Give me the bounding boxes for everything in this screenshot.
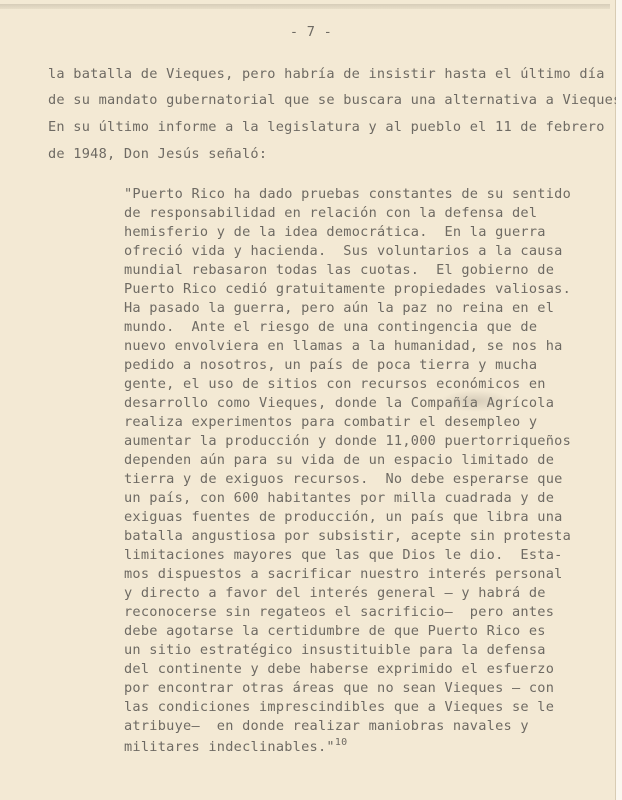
body-line: de su mandato gubernatorial que se busca… <box>48 92 622 108</box>
quote-line: un país, con 600 habitantes por milla cu… <box>124 490 554 506</box>
quote-line: un sitio estratégico insustituible para … <box>124 642 546 658</box>
quote-line: debe agotarse la certidumbre de que Puer… <box>124 623 546 639</box>
document-page: - 7 - la batalla de Vieques, pero habría… <box>0 0 616 800</box>
body-line: En su último informe a la legislatura y … <box>48 119 605 135</box>
quote-line: las condiciones imprescindibles que a Vi… <box>124 699 554 715</box>
body-paragraph: la batalla de Vieques, pero habría de in… <box>0 0 615 96</box>
body-line: la batalla de Vieques, pero habría de in… <box>48 66 605 82</box>
body-line: de 1948, Don Jesús señaló: <box>48 146 267 162</box>
quote-line: atribuye— en donde realizar maniobras na… <box>124 718 529 734</box>
quote-line: "Puerto Rico ha dado pruebas constantes … <box>124 186 571 202</box>
paper-top-edge <box>0 4 610 9</box>
quote-line: de responsabilidad en relación con la de… <box>124 205 537 221</box>
quote-line: desarrollo como Vieques, donde la Compañ… <box>124 395 554 411</box>
quote-line: ofreció vida y hacienda. Sus voluntarios… <box>124 243 563 259</box>
footnote-reference: 10 <box>335 737 348 748</box>
quote-line: mos dispuestos a sacrificar nuestro inte… <box>124 566 563 582</box>
quote-line: reconocerse sin regateos el sacrificio— … <box>124 604 554 620</box>
quote-line: exiguas fuentes de producción, un país q… <box>124 509 563 525</box>
quote-line: limitaciones mayores que las que Dios le… <box>124 547 563 563</box>
quote-line: realiza experimentos para combatir el de… <box>124 414 537 430</box>
quote-line: mundo. Ante el riesgo de una contingenci… <box>124 319 537 335</box>
quote-text: militares indeclinables." <box>124 739 335 755</box>
quote-line-last: militares indeclinables."10 <box>124 737 347 755</box>
quote-line: hemisferio y de la idea democrática. En … <box>124 224 546 240</box>
quote-line: nuevo envolviera en llamas a la humanida… <box>124 338 563 354</box>
quote-line: y directo a favor del interés general — … <box>124 585 546 601</box>
quote-line: mundial rebasaron todas las cuotas. El g… <box>124 262 554 278</box>
quote-line: dependen aún para su vida de un espacio … <box>124 452 554 468</box>
quote-line: por encontrar otras áreas que no sean Vi… <box>124 680 554 696</box>
quote-line: batalla angustiosa por subsistir, acepte… <box>124 528 571 544</box>
quote-line: tierra y de exiguos recursos. No debe es… <box>124 471 563 487</box>
quote-line: Puerto Rico cedió gratuitamente propieda… <box>124 281 571 297</box>
page-number: - 7 - <box>0 24 622 40</box>
quote-line: gente, el uso de sitios con recursos eco… <box>124 376 546 392</box>
quote-line: pedido a nosotros, un país de poca tierr… <box>124 357 537 373</box>
quote-line: Ha pasado la guerra, pero aún la paz no … <box>124 300 554 316</box>
scan-margin <box>616 0 622 800</box>
quote-line: aumentar la producción y donde 11,000 pu… <box>124 433 571 449</box>
quote-line: del continente y debe haberse exprimido … <box>124 661 554 677</box>
block-quote: "Puerto Rico ha dado pruebas constantes … <box>0 96 615 608</box>
